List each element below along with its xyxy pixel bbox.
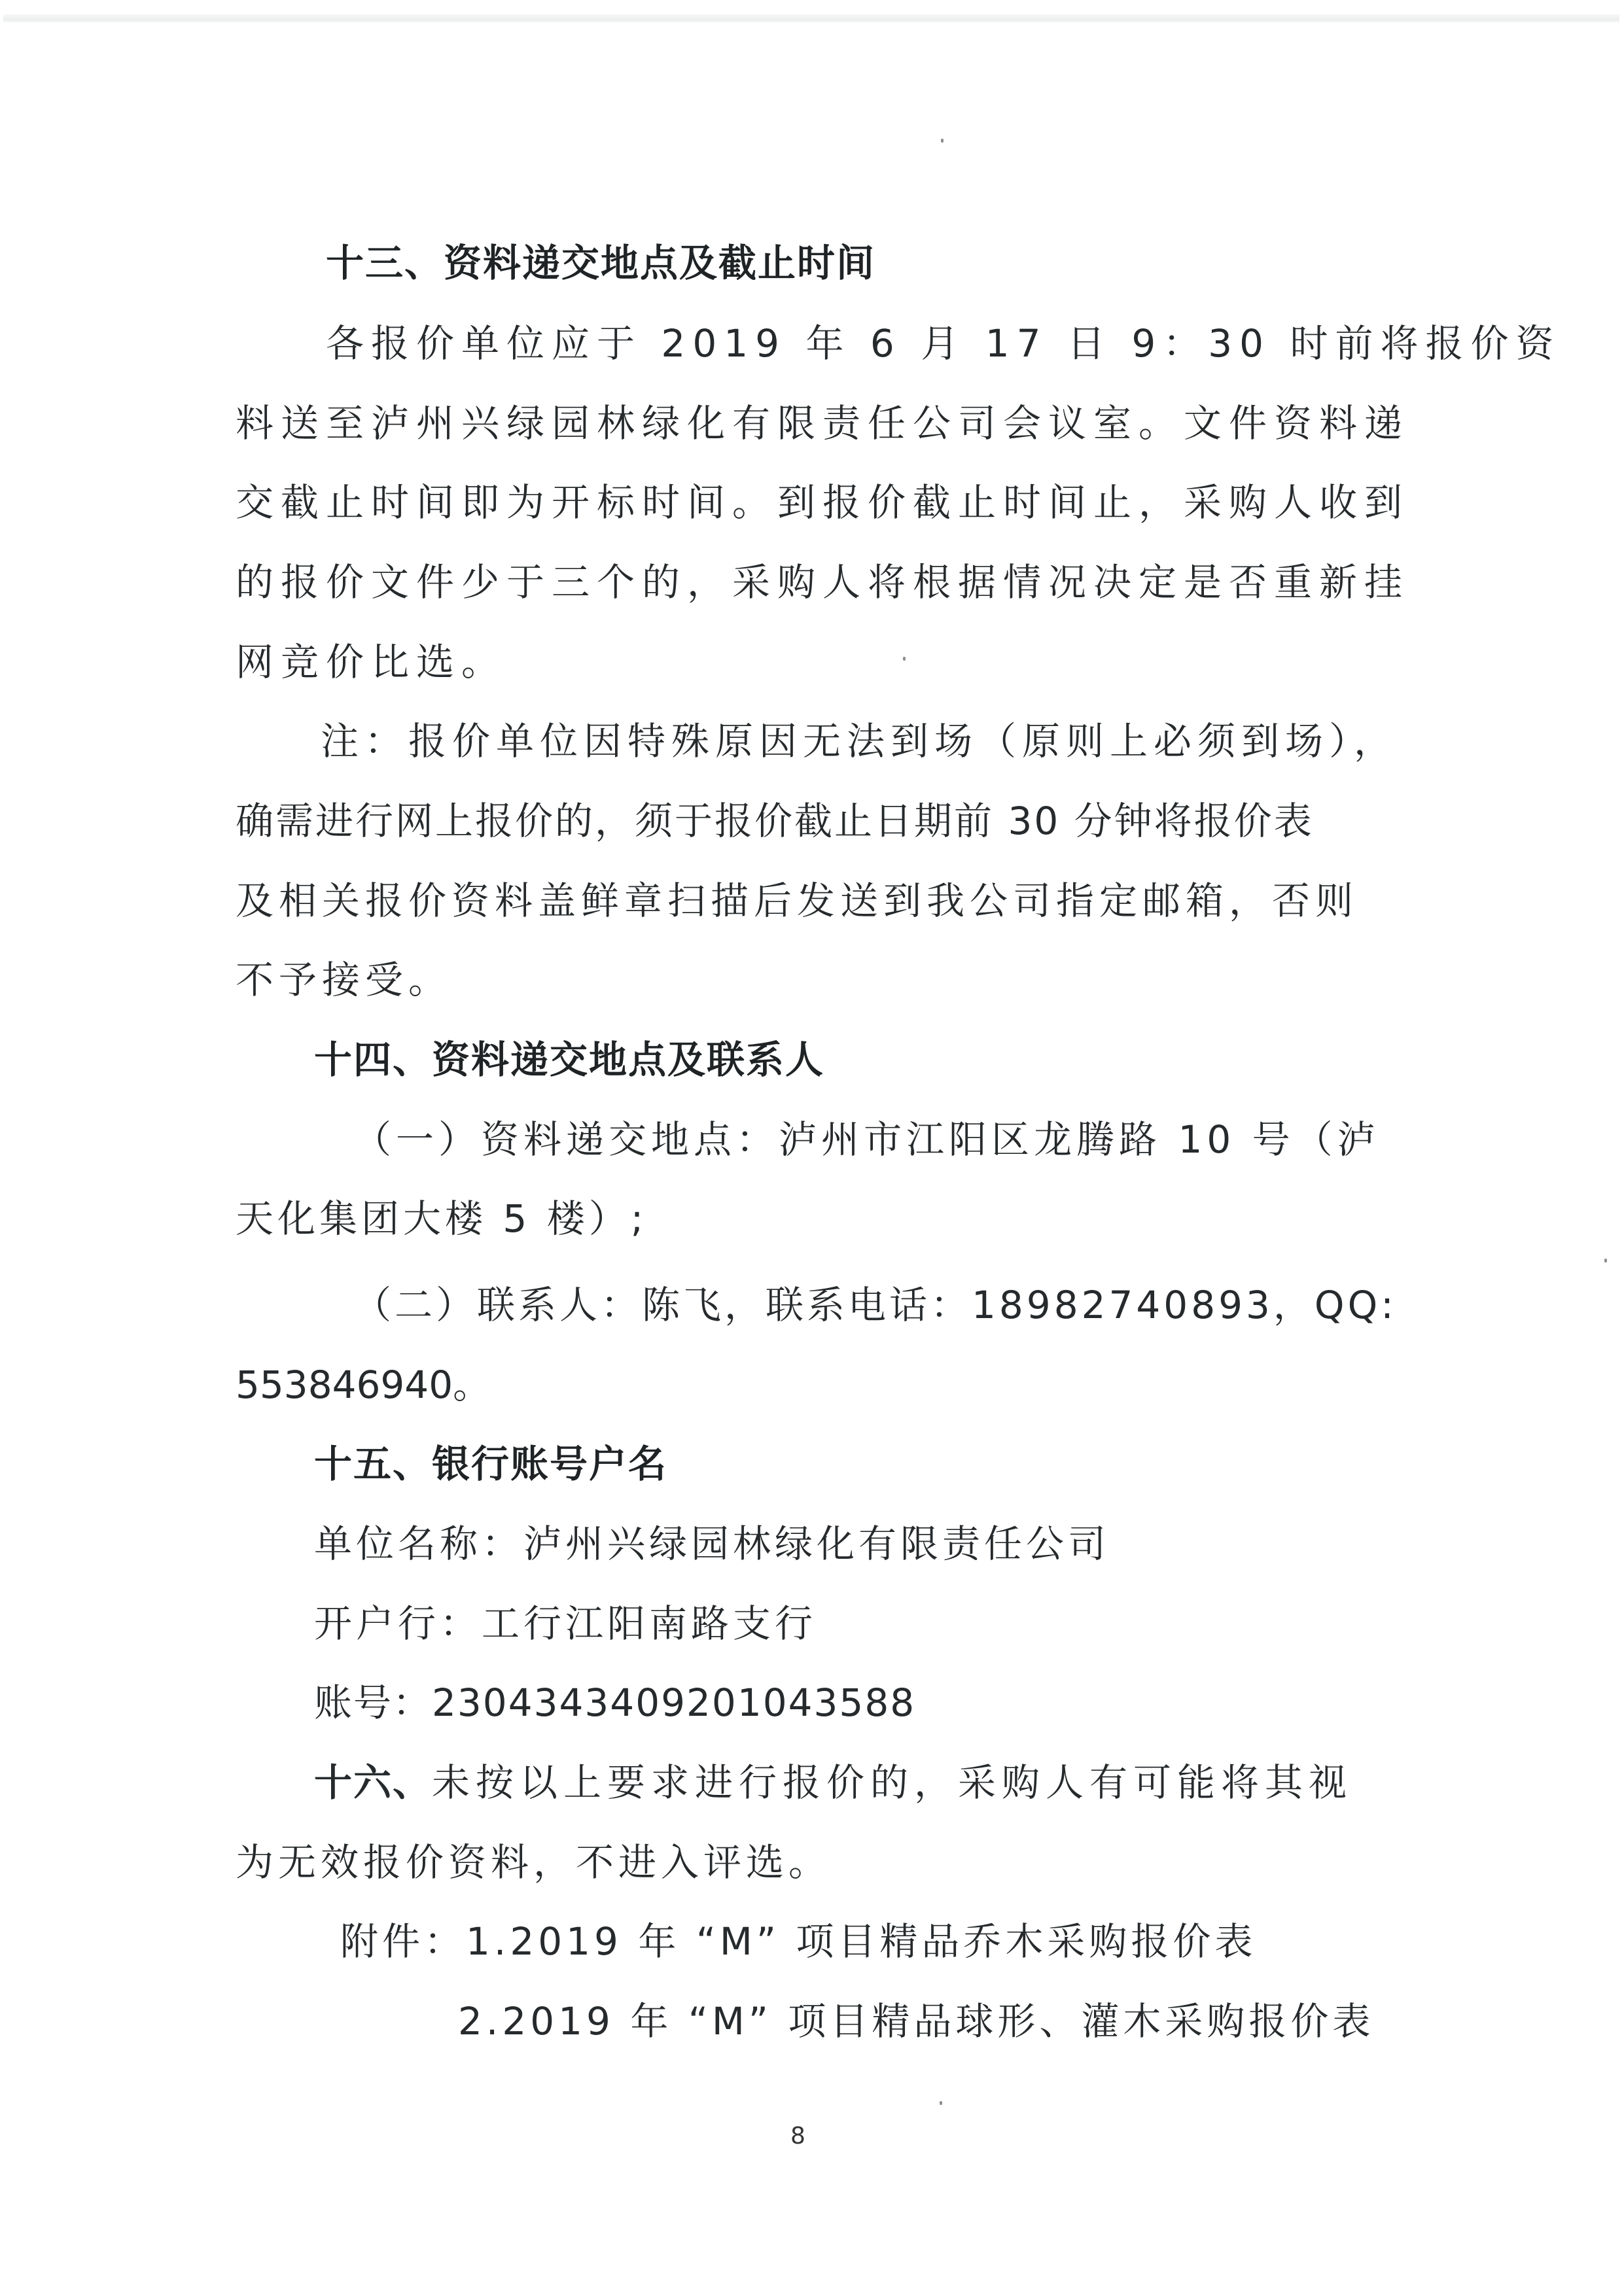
section-14-line-1: （一）资料递交地点：泸州市江阳区龙腾路 10 号（泸 bbox=[353, 1117, 1380, 1162]
scan-speck bbox=[903, 657, 906, 661]
section-15-heading: 十五、银行账号户名 bbox=[314, 1441, 667, 1487]
section-13-heading: 十三、资料递交地点及截止时间 bbox=[326, 240, 875, 286]
section-15-company-name: 单位名称：泸州兴绿园林绿化有限责任公司 bbox=[314, 1521, 1110, 1567]
section-15-bank: 开户行：工行江阳南路支行 bbox=[314, 1601, 817, 1646]
section-14-line-2: 天化集团大楼 5 楼）; bbox=[236, 1196, 647, 1242]
section-14-heading: 十四、资料递交地点及联系人 bbox=[314, 1037, 824, 1083]
section-15-account-number: 账号：2304343409201043588 bbox=[314, 1680, 915, 1726]
attachment-item-1: 1.2019 年 “M” 项目精品乔木采购报价表 bbox=[466, 1919, 1256, 1964]
section-13-note-line-3: 及相关报价资料盖鲜章扫描后发送到我公司指定邮箱，否则 bbox=[236, 878, 1358, 924]
section-16-line-1: 十六、未按以上要求进行报价的，采购人有可能将其视 bbox=[314, 1760, 1352, 1805]
section-13-note-line-4: 不予接受。 bbox=[236, 957, 451, 1003]
section-13-line-2: 料送至泸州兴绿园林绿化有限责任公司会议室。文件资料递 bbox=[236, 400, 1409, 446]
attachments-line-1: 附件：1.2019 年 “M” 项目精品乔木采购报价表 bbox=[340, 1919, 1256, 1964]
attachment-item-2: 2.2019 年 “M” 项目精品球形、灌木采购报价表 bbox=[458, 1998, 1374, 2044]
section-13-line-5: 网竞价比选。 bbox=[236, 639, 506, 685]
attachments-label: 附件： bbox=[340, 1919, 466, 1964]
document-page: 十三、资料递交地点及截止时间 各报价单位应于 2019 年 6 月 17 日 9… bbox=[0, 0, 1624, 2296]
section-14-line-4: 553846940。 bbox=[236, 1362, 491, 1408]
section-13-note-line-1: 注：报价单位因特殊原因无法到场（原则上必须到场）， bbox=[321, 718, 1398, 764]
section-16-text: 未按以上要求进行报价的，采购人有可能将其视 bbox=[432, 1760, 1352, 1805]
section-13-line-4: 的报价文件少于三个的，采购人将根据情况决定是否重新挂 bbox=[236, 559, 1409, 605]
scan-speck bbox=[940, 2101, 942, 2105]
page-number: 8 bbox=[790, 2123, 805, 2149]
section-13-line-3: 交截止时间即为开标时间。到报价截止时间止，采购人收到 bbox=[236, 479, 1409, 525]
section-16-line-2: 为无效报价资料，不进入评选。 bbox=[236, 1839, 831, 1885]
section-13-note-line-2: 确需进行网上报价的，须于报价截止日期前 30 分钟将报价表 bbox=[236, 798, 1314, 844]
section-16-heading: 十六、 bbox=[314, 1760, 432, 1805]
section-13-line-1: 各报价单位应于 2019 年 6 月 17 日 9：30 时前将报价资 bbox=[326, 321, 1561, 366]
section-14-line-3: （二）联系人：陈飞，联系电话：18982740893，QQ: bbox=[353, 1282, 1397, 1328]
scan-speck bbox=[941, 139, 944, 143]
scan-speck bbox=[1604, 1259, 1607, 1262]
